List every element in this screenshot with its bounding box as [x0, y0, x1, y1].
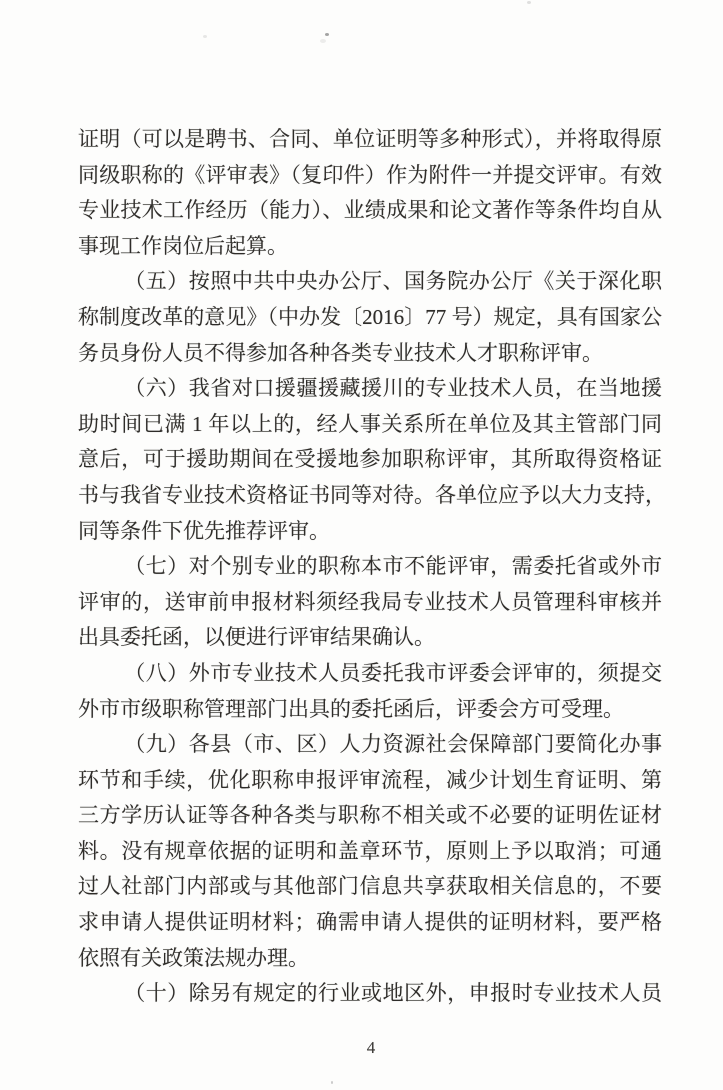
text-line: 证明（可以是聘书、合同、单位证明等多种形式），并将取得原 — [78, 122, 662, 158]
text-line: 求申请人提供证明材料；确需申请人提供的证明材料，要严格 — [78, 905, 662, 941]
text-line: （八）外市专业技术人员委托我市评委会评审的，须提交 — [78, 656, 662, 692]
text-line: 专业技术工作经历（能力）、业绩成果和论文著作等条件均自从 — [78, 193, 662, 229]
text-line: 外市市级职称管理部门出具的委托函后，评委会方可受理。 — [78, 692, 662, 728]
text-line: 事现工作岗位后起算。 — [78, 229, 662, 265]
text-line: 书与我省专业技术资格证书同等对待。各单位应予以大力支持， — [78, 478, 662, 514]
scan-speck — [331, 1081, 333, 1084]
text-line: （七）对个别专业的职称本市不能评审，需委托省或外市 — [78, 549, 662, 585]
text-line: 依照有关政策法规办理。 — [78, 941, 662, 977]
text-line: 同等条件下优先推荐评审。 — [78, 514, 662, 550]
text-line: 过人社部门内部或与其他部门信息共享获取相关信息的，不要 — [78, 869, 662, 905]
text-line: 出具委托函，以便进行评审结果确认。 — [78, 620, 662, 656]
text-line: 称制度改革的意见》（中办发〔2016〕77 号）规定，具有国家公 — [78, 300, 662, 336]
page-number: 4 — [0, 1038, 723, 1058]
text-line: 评审的，送审前申报材料须经我局专业技术人员管理科审核并 — [78, 585, 662, 621]
scan-speck — [320, 39, 326, 43]
text-line: 三方学历认证等各种各类与职称不相关或不必要的证明佐证材 — [78, 798, 662, 834]
text-line: 料。没有规章依据的证明和盖章环节，原则上予以取消；可通 — [78, 834, 662, 870]
text-line: （十）除另有规定的行业或地区外，申报时专业技术人员 — [78, 976, 662, 1012]
text-line: 务员身份人员不得参加各种各类专业技术人才职称评审。 — [78, 336, 662, 372]
text-line: 意后，可于援助期间在受援地参加职称评审，其所取得资格证 — [78, 442, 662, 478]
text-line: 助时间已满 1 年以上的，经人事关系所在单位及其主管部门同 — [78, 407, 662, 443]
text-line: 同级职称的《评审表》（复印件）作为附件一并提交评审。有效 — [78, 158, 662, 194]
document-body: 证明（可以是聘书、合同、单位证明等多种形式），并将取得原同级职称的《评审表》（复… — [78, 122, 662, 1012]
scan-speck — [325, 33, 329, 36]
scan-speck — [203, 35, 207, 38]
scan-speck — [527, 1, 531, 4]
text-line: （五）按照中共中央办公厅、国务院办公厅《关于深化职 — [78, 264, 662, 300]
text-line: （九）各县（市、区）人力资源社会保障部门要简化办事 — [78, 727, 662, 763]
scanned-document-page: 证明（可以是聘书、合同、单位证明等多种形式），并将取得原同级职称的《评审表》（复… — [0, 0, 723, 1090]
text-line: （六）我省对口援疆援藏援川的专业技术人员，在当地援 — [78, 371, 662, 407]
text-line: 环节和手续，优化职称申报评审流程，减少计划生育证明、第 — [78, 763, 662, 799]
